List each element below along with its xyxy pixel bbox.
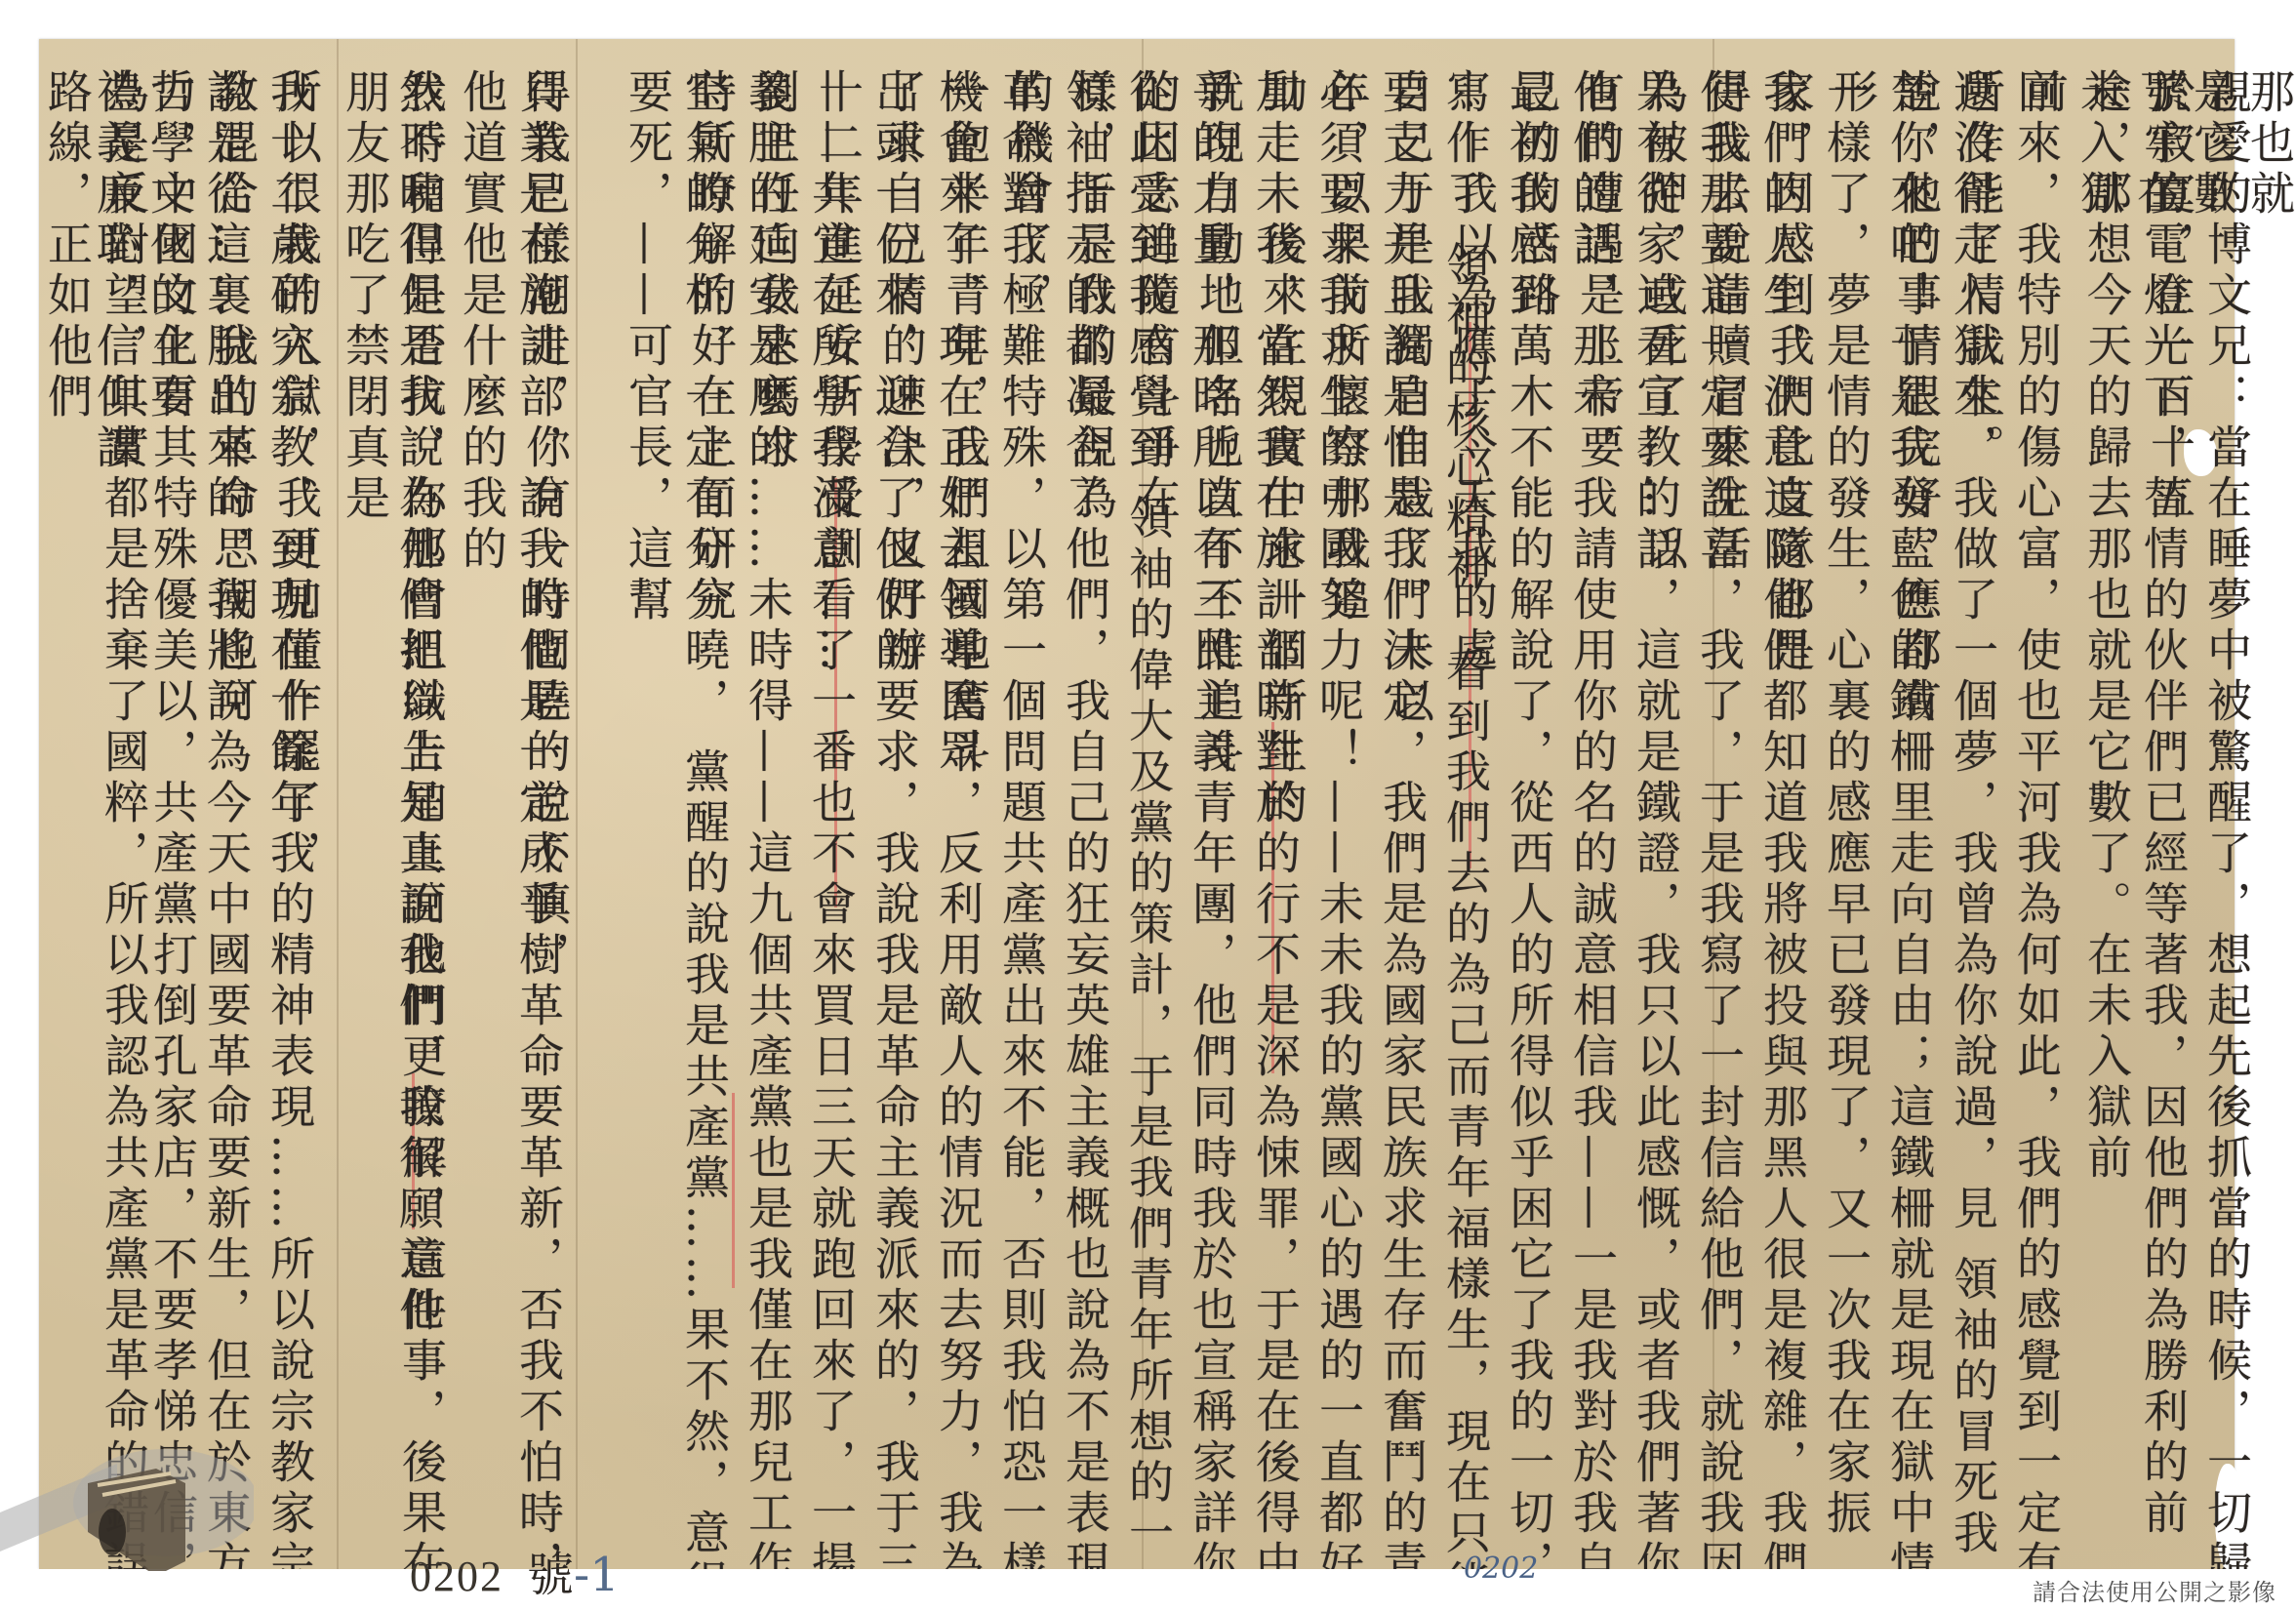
letter-column: 空氣的分析，一定有分分曉， 黨醒的說我是共產黨……果不然，意得要死，——可官長，…: [620, 68, 733, 1612]
letter-column: 號牢的電燈光下，替情的伙伴們已經等著我，因他們的為勝利的前途，那想今天的歸去那也…: [2078, 68, 2192, 1612]
letter-column: 為是反對望，其實都是捨棄了國粹，所以我認為共產黨是革命的錯誤路線，正如他們: [39, 68, 152, 1612]
letter-column: 貝業是在施訓部，說我的他是一定成爭樹革命要革新，否我不怕時，他道實他是什麼的我的: [454, 68, 567, 1612]
page-number-annotation: 號-1: [527, 1537, 620, 1604]
page-suffix: -1: [574, 1548, 620, 1602]
scan-margin: [0, 1569, 2296, 1612]
usage-notice: 請合法使用公開之影像: [2033, 1573, 2276, 1607]
archive-books-logo-icon: [0, 1415, 254, 1571]
pencil-annotation: 0202: [1464, 1552, 1538, 1586]
page-marker-char: 號: [527, 1548, 574, 1602]
archive-number-stamp: 0202: [410, 1552, 504, 1601]
paper-fold-line: [576, 39, 578, 1569]
letter-column: 我時和但是否抗，你那會組織告知上面他們更瞭解，這件事，後果在朋友那吃了禁閉真是: [337, 68, 450, 1612]
